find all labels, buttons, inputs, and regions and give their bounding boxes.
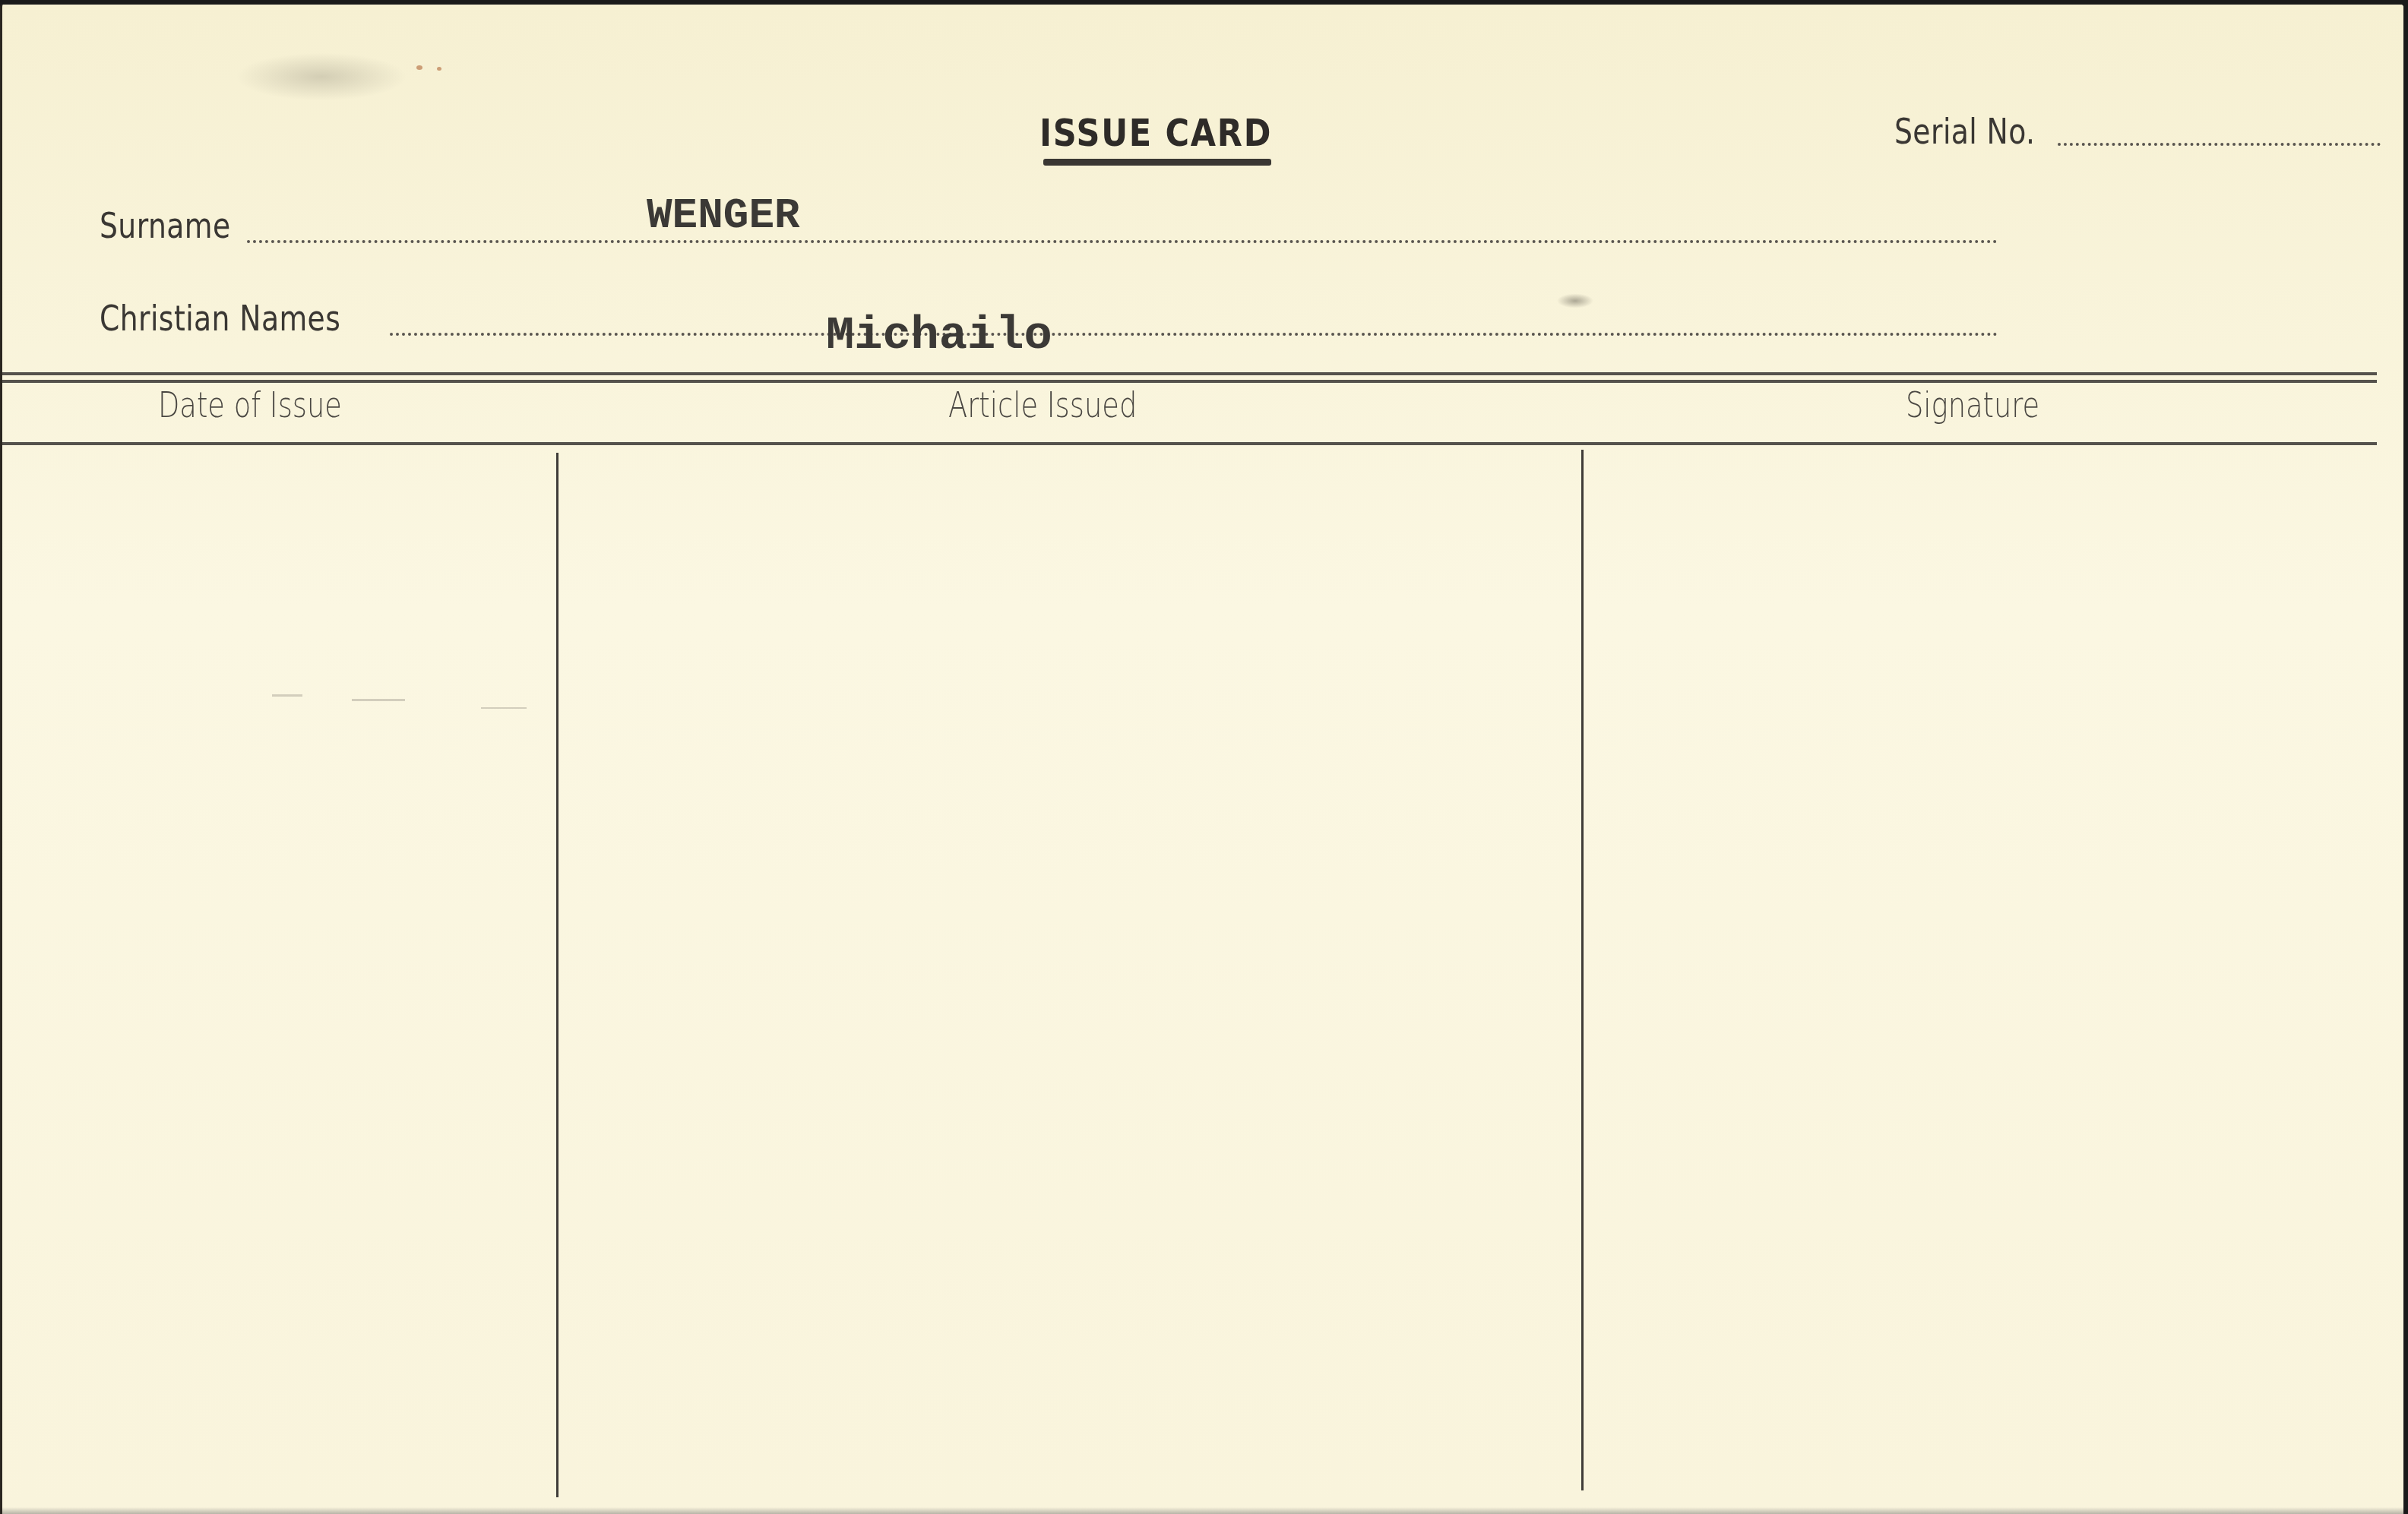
header-double-rule-bottom [2, 380, 2377, 383]
surname-label: Surname [100, 205, 231, 246]
column-divider-1 [556, 453, 558, 1497]
surname-value: WENGER [647, 191, 800, 240]
header-double-rule-top [2, 372, 2377, 375]
signature-column[interactable] [1584, 448, 2397, 1504]
christian-names-label: Christian Names [100, 298, 340, 339]
article-issued-column[interactable] [559, 448, 1581, 1504]
column-header-article-issued: Article Issued [948, 384, 1137, 425]
card-bottom-edge [2, 1507, 2403, 1514]
christian-names-field[interactable] [390, 333, 1998, 336]
title-underline [1043, 159, 1271, 166]
date-of-issue-column[interactable] [2, 448, 555, 1504]
christian-names-value: Michailo [826, 308, 1052, 362]
rust-stain [437, 67, 441, 71]
serial-number-label: Serial No. [1894, 111, 2035, 152]
card-title: ISSUE CARD [1039, 111, 1272, 155]
column-header-date-of-issue: Date of Issue [158, 384, 342, 425]
column-divider-2 [1581, 450, 1584, 1490]
column-header-signature: Signature [1906, 384, 2039, 425]
issue-card: ISSUE CARD Serial No. Surname WENGER Chr… [0, 5, 2403, 1514]
serial-number-field[interactable] [2058, 143, 2381, 146]
rust-stain [416, 65, 422, 70]
header-bottom-rule [2, 442, 2377, 445]
surname-field[interactable] [247, 240, 1998, 243]
